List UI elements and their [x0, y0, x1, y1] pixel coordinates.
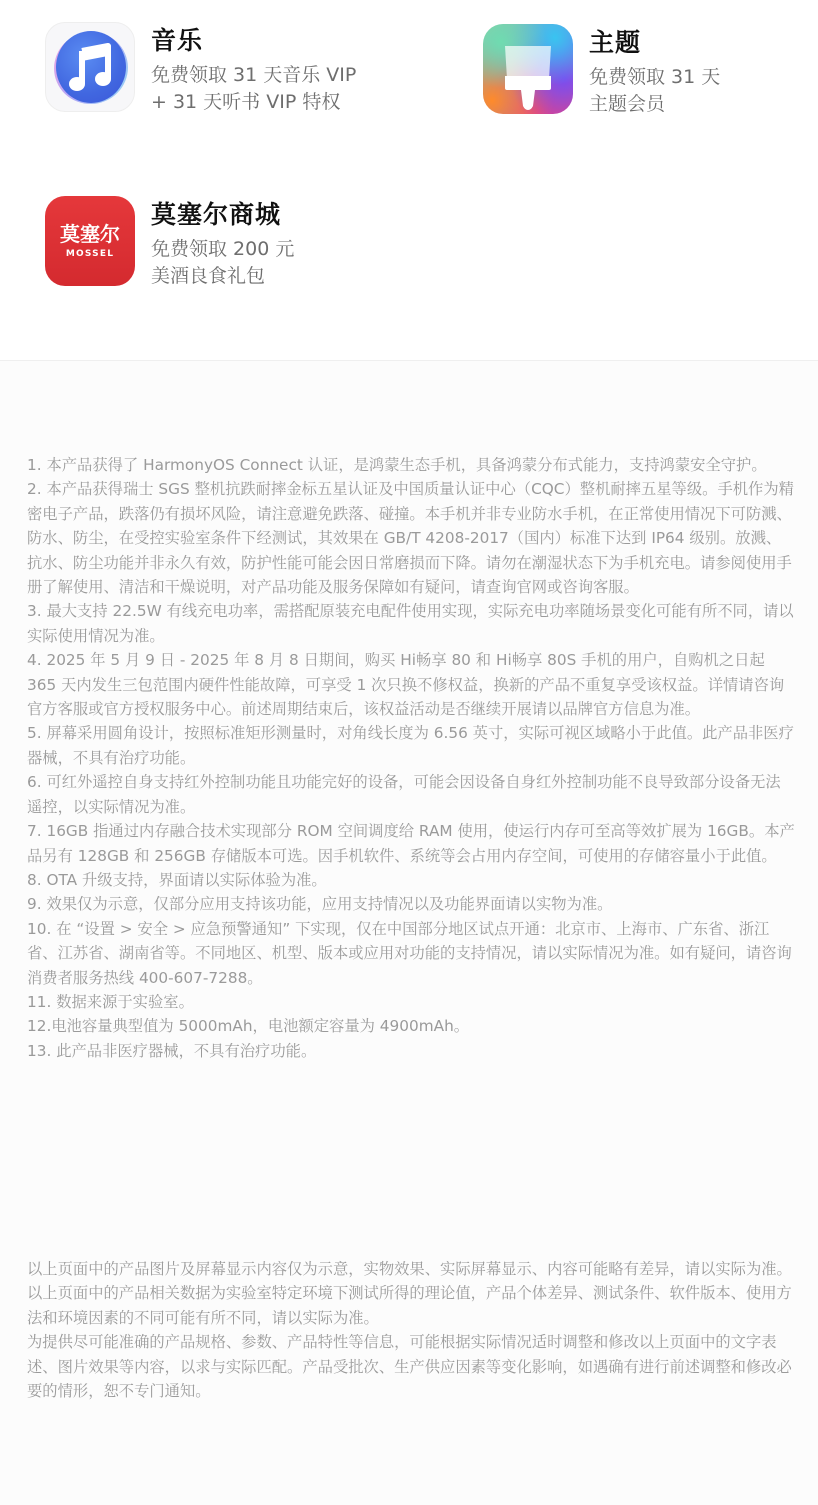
note-item: 11. 数据来源于实验室。: [27, 990, 795, 1014]
paint-brush-icon: [483, 24, 573, 114]
disclaimer-paragraph: 为提供尽可能准确的产品规格、参数、产品特性等信息，可能根据实际情况适时调整和修改…: [27, 1330, 795, 1403]
note-item: 1. 本产品获得了 HarmonyOS Connect 认证，是鸿蒙生态手机，具…: [27, 453, 795, 477]
note-item: 13. 此产品非医疗器械，不具有治疗功能。: [27, 1039, 795, 1063]
benefit-description: 免费领取 31 天音乐 VIP + 31 天听书 VIP 特权: [151, 62, 356, 116]
benefit-mossel[interactable]: 莫塞尔 MOSSEL 莫塞尔商城 免费领取 200 元 美酒良食礼包: [45, 196, 294, 290]
note-item: 2. 本产品获得瑞士 SGS 整机抗跌耐摔金标五星认证及中国质量认证中心（CQC…: [27, 477, 795, 599]
music-note-icon: [45, 22, 135, 112]
note-item: 5. 屏幕采用圆角设计，按照标准矩形测量时，对角线长度为 6.56 英寸，实际可…: [27, 721, 795, 770]
note-item: 4. 2025 年 5 月 9 日 - 2025 年 8 月 8 日期间，购买 …: [27, 648, 795, 721]
benefit-title: 主题: [589, 28, 720, 58]
disclaimer-paragraph: 以上页面中的产品图片及屏幕显示内容仅为示意，实物效果、实际屏幕显示、内容可能略有…: [27, 1257, 795, 1281]
note-item: 6. 可红外遥控自身支持红外控制功能且功能完好的设备，可能会因设备自身红外控制功…: [27, 770, 795, 819]
mossel-logo-icon: 莫塞尔 MOSSEL: [45, 196, 135, 286]
disclaimer-paragraph: 以上页面中的产品相关数据为实验室特定环境下测试所得的理论值，产品个体差异、测试条…: [27, 1281, 795, 1330]
note-item: 3. 最大支持 22.5W 有线充电功率，需搭配原装充电配件使用实现，实际充电功…: [27, 599, 795, 648]
benefit-music[interactable]: 音乐 免费领取 31 天音乐 VIP + 31 天听书 VIP 特权: [45, 22, 356, 116]
disclaimer-footer: 以上页面中的产品图片及屏幕显示内容仅为示意，实物效果、实际屏幕显示、内容可能略有…: [27, 1257, 795, 1403]
product-notes: 1. 本产品获得了 HarmonyOS Connect 认证，是鸿蒙生态手机，具…: [27, 453, 795, 1063]
mossel-logo-text-cn: 莫塞尔: [60, 223, 120, 245]
benefit-theme[interactable]: 主题 免费领取 31 天 主题会员: [483, 24, 720, 118]
note-item: 9. 效果仅为示意，仅部分应用支持该功能，应用支持情况以及功能界面请以实物为准。: [27, 892, 795, 916]
mossel-logo-text-en: MOSSEL: [66, 249, 114, 259]
note-item: 12.电池容量典型值为 5000mAh，电池额定容量为 4900mAh。: [27, 1014, 795, 1038]
note-item: 10. 在 “设置 > 安全 > 应急预警通知” 下实现，仅在中国部分地区试点开…: [27, 917, 795, 990]
note-item: 8. OTA 升级支持，界面请以实际体验为准。: [27, 868, 795, 892]
benefits-section: 音乐 免费领取 31 天音乐 VIP + 31 天听书 VIP 特权 主题 免费…: [0, 0, 818, 361]
benefit-title: 莫塞尔商城: [151, 200, 294, 230]
note-item: 7. 16GB 指通过内存融合技术实现部分 ROM 空间调度给 RAM 使用，使…: [27, 819, 795, 868]
benefit-description: 免费领取 200 元 美酒良食礼包: [151, 236, 294, 290]
benefit-description: 免费领取 31 天 主题会员: [589, 64, 720, 118]
benefit-title: 音乐: [151, 26, 356, 56]
